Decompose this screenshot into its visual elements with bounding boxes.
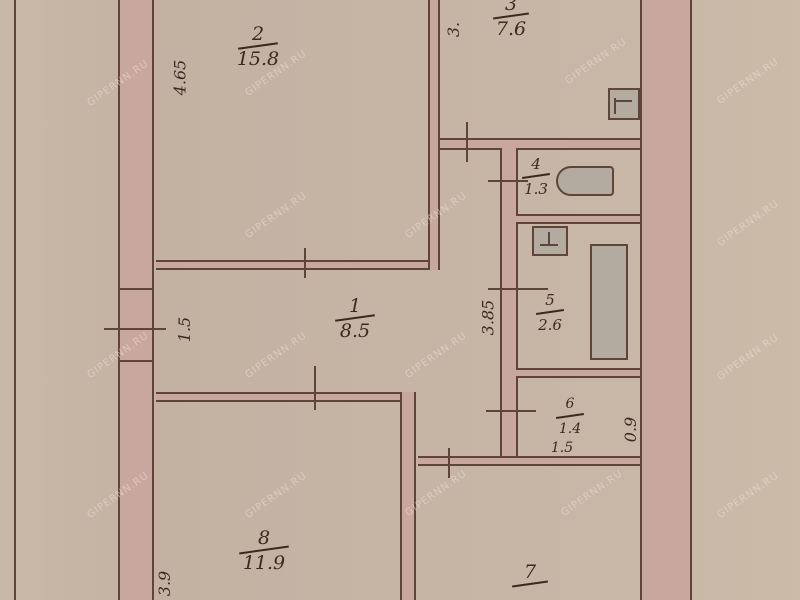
exterior-wall-right <box>640 0 692 600</box>
room-number: 5 <box>530 290 570 310</box>
room-area: 1.4 <box>550 419 590 439</box>
watermark: GIPERNN.RU <box>243 330 309 381</box>
sink-icon <box>556 166 614 196</box>
room-area: 7.6 <box>486 19 536 39</box>
wall-room2-bottom <box>156 260 440 270</box>
watermark: GIPERNN.RU <box>243 190 309 241</box>
door-mark <box>466 122 468 162</box>
wall-room3-bottom <box>440 138 640 150</box>
room-label-2: 2 15.8 <box>228 24 288 69</box>
watermark: GIPERNN.RU <box>715 198 781 249</box>
room-number: 4 <box>516 154 556 174</box>
room-area: 1.3 <box>516 179 556 199</box>
bathtub-icon <box>590 244 628 360</box>
door-mark <box>304 248 306 278</box>
stove-icon <box>608 88 640 120</box>
wall-room6-bottom <box>418 456 640 466</box>
wall-room2-right <box>428 0 440 270</box>
watermark: GIPERNN.RU <box>563 36 629 87</box>
room-label-6: 6 1.4 <box>550 394 590 439</box>
watermark: GIPERNN.RU <box>715 56 781 107</box>
room-label-7: 7 <box>510 562 550 587</box>
watermark: GIPERNN.RU <box>559 468 625 519</box>
door-mark <box>448 448 450 478</box>
room-label-5: 5 2.6 <box>530 290 570 335</box>
room-label-3: 3 7.6 <box>486 0 536 39</box>
dim-room8-side: 3.9 <box>155 571 174 596</box>
wall-room5-bottom <box>516 368 640 378</box>
room-area: 8.5 <box>330 321 380 341</box>
door-mark <box>314 366 316 410</box>
dim-room3-side: 3. <box>444 22 463 37</box>
outer-line-left <box>14 0 16 600</box>
room-label-8: 8 11.9 <box>232 528 296 573</box>
window-mark <box>118 288 154 290</box>
dim-tick <box>486 410 536 412</box>
watermark: GIPERNN.RU <box>715 470 781 521</box>
toilet-icon <box>532 226 568 256</box>
wall-room8-right <box>400 392 416 600</box>
room-area: 11.9 <box>232 553 296 573</box>
toilet-icon-mark <box>540 244 558 246</box>
watermark: GIPERNN.RU <box>243 470 309 521</box>
room-number: 1 <box>330 296 380 316</box>
stove-icon-mark <box>614 100 632 102</box>
room-number: 6 <box>550 394 590 414</box>
floor-plan: 2 15.8 3 7.6 4 1.3 5 2.6 6 1.4 1.5 0.9 1… <box>0 0 800 600</box>
window-mark <box>118 360 154 362</box>
room-number: 2 <box>228 24 288 44</box>
dim-room6-width: 1.5 <box>542 440 582 456</box>
wall-room4-bottom <box>516 214 640 224</box>
wall-room8-top <box>156 392 414 402</box>
room-label-1: 1 8.5 <box>330 296 380 341</box>
dim-room2-length: 4.65 <box>170 60 189 96</box>
dim-corridor-length: 3.85 <box>478 300 497 336</box>
dim-corridor-width: 1.5 <box>175 317 194 342</box>
room-area: 2.6 <box>530 315 570 335</box>
watermark: GIPERNN.RU <box>715 332 781 383</box>
watermark: GIPERNN.RU <box>403 330 469 381</box>
dim-room6-length: 0.9 <box>621 417 640 442</box>
room-number: 7 <box>510 562 550 582</box>
exterior-wall-left <box>118 0 154 600</box>
window-mark <box>104 328 166 330</box>
room-label-4: 4 1.3 <box>516 154 556 199</box>
